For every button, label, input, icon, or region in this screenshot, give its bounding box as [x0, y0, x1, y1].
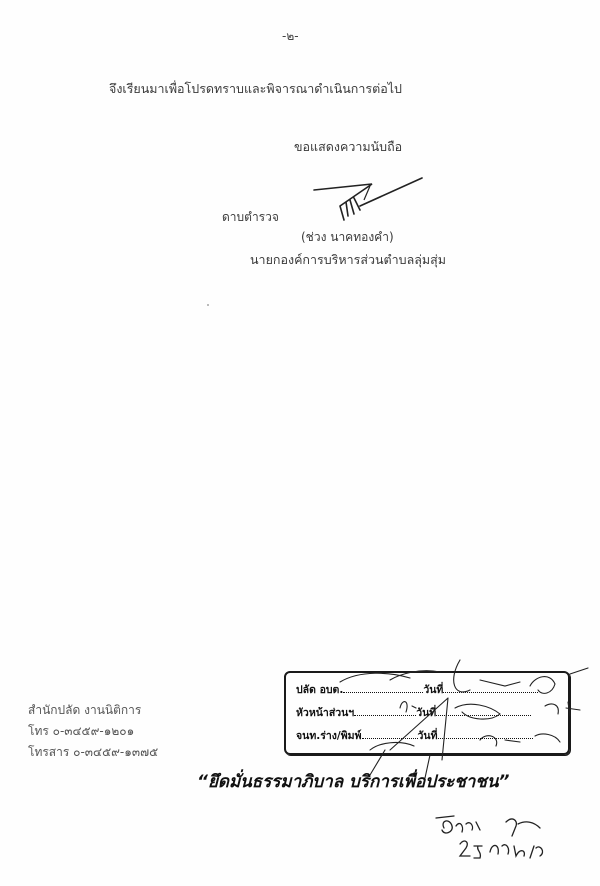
contact-block: สำนักปลัด งานนิติการ โทร ๐-๓๔๕๙-๑๒๐๑ โทร… — [28, 700, 158, 763]
stamp-date-label: วันที่ — [418, 730, 438, 742]
stamp-date-label: วันที่ — [423, 684, 443, 696]
closing-regards: ขอแสดงความนับถือ — [294, 137, 402, 157]
contact-fax: โทรสาร ๐-๓๔๕๙-๑๓๗๕ — [28, 742, 158, 763]
approval-stamp: ปลัด อบต.วันที่ หัวหน้าส่วนฯวันที่ จนท.ร… — [284, 671, 570, 755]
stamp-label: หัวหน้าส่วนฯ — [296, 707, 354, 719]
stamp-label: ปลัด อบต. — [296, 684, 343, 696]
signer-title: นายกองค์การบริหารส่วนตำบลลุ่มสุ่ม — [250, 250, 446, 270]
closing-line: จึงเรียนมาเพื่อโปรดทราบและพิจารณาดำเนินก… — [109, 79, 402, 99]
page-number: -๒- — [282, 27, 299, 46]
contact-phone: โทร ๐-๓๔๕๙-๑๒๐๑ — [28, 721, 158, 742]
signer-rank: ดาบตำรวจ — [222, 208, 279, 227]
document-page: -๒- จึงเรียนมาเพื่อโปรดทราบและพิจารณาดำเ… — [0, 0, 600, 886]
stamp-row-drafter: จนท.ร่าง/พิมพ์วันที่ — [296, 727, 533, 744]
signature-icon — [310, 176, 425, 226]
scan-speck — [207, 304, 209, 306]
stamp-label: จนท.ร่าง/พิมพ์ — [296, 730, 362, 742]
stamp-row-deputy: ปลัด อบต.วันที่ — [296, 681, 538, 698]
contact-office: สำนักปลัด งานนิติการ — [28, 700, 158, 721]
stamp-row-section-head: หัวหน้าส่วนฯวันที่ — [296, 704, 531, 721]
stamp-date-label: วันที่ — [416, 707, 436, 719]
handwritten-note-icon — [430, 812, 570, 874]
motto-slogan: “ยึดมั่นธรรมาภิบาล บริการเพื่อประชาชน” — [197, 768, 509, 795]
signer-name: (ช่วง นาคทองคำ) — [301, 228, 394, 247]
